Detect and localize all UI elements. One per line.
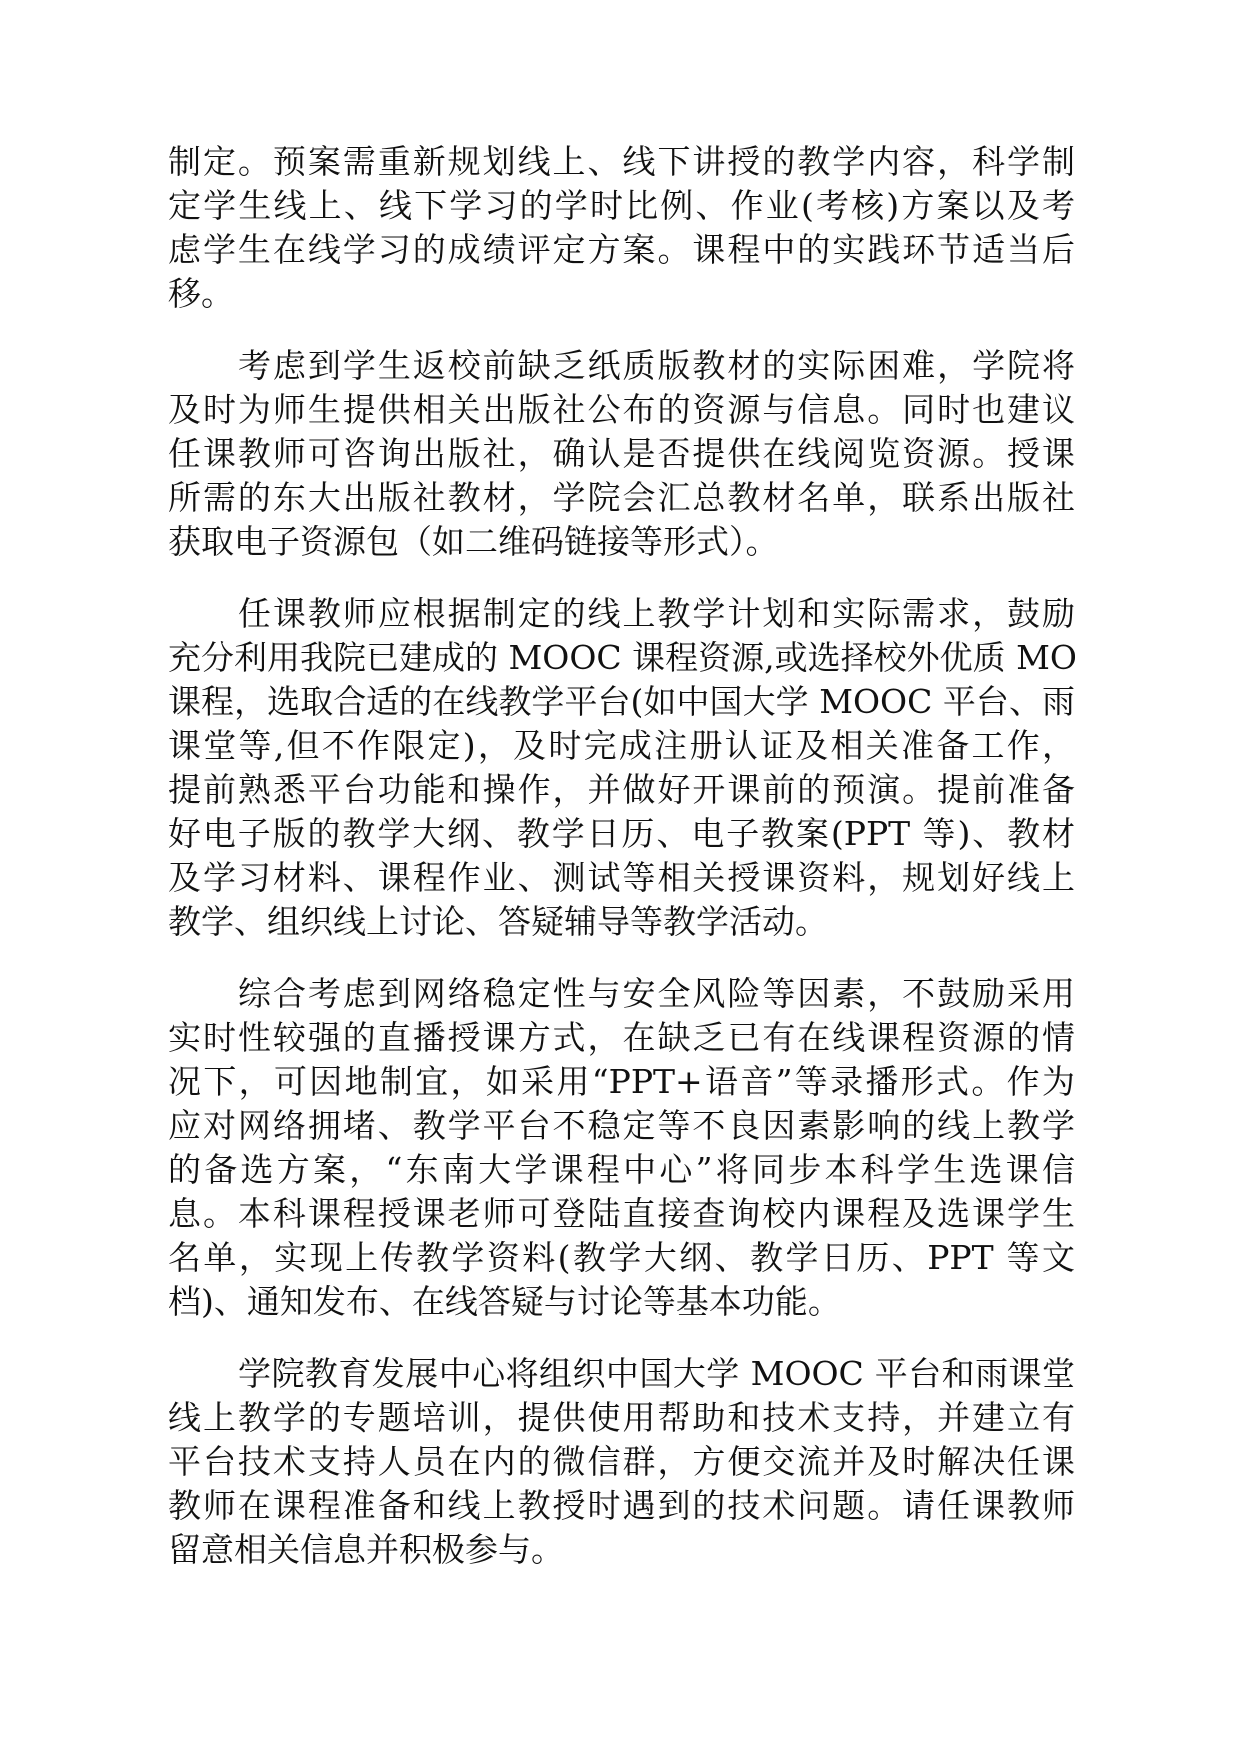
text-line: 课程，选取合适的在线教学平台(如中国大学 MOOC 平台、雨: [168, 680, 1075, 724]
paragraph: 考虑到学生返校前缺乏纸质版教材的实际困难，学院将及时为师生提供相关出版社公布的资…: [168, 344, 1075, 564]
text-line: 课堂等,但不作限定)，及时完成注册认证及相关准备工作，: [168, 724, 1075, 768]
text-line: 获取电子资源包（如二维码链接等形式）。: [168, 520, 1075, 564]
text-line: 虑学生在线学习的成绩评定方案。课程中的实践环节适当后: [168, 228, 1075, 272]
text-line: 平台技术支持人员在内的微信群，方便交流并及时解决任课: [168, 1440, 1075, 1484]
paragraph: 制定。预案需重新规划线上、线下讲授的教学内容，科学制定学生线上、线下学习的学时比…: [168, 140, 1075, 316]
paragraph: 学院教育发展中心将组织中国大学 MOOC 平台和雨课堂线上教学的专题培训，提供使…: [168, 1352, 1075, 1572]
text-line: 考虑到学生返校前缺乏纸质版教材的实际困难，学院将: [168, 344, 1075, 388]
text-line: 任课教师可咨询出版社，确认是否提供在线阅览资源。授课: [168, 432, 1075, 476]
document-page: 制定。预案需重新规划线上、线下讲授的教学内容，科学制定学生线上、线下学习的学时比…: [0, 0, 1239, 1754]
document-body: 制定。预案需重新规划线上、线下讲授的教学内容，科学制定学生线上、线下学习的学时比…: [168, 140, 1075, 1572]
text-line: 所需的东大出版社教材，学院会汇总教材名单，联系出版社: [168, 476, 1075, 520]
text-line: 综合考虑到网络稳定性与安全风险等因素，不鼓励采用: [168, 972, 1075, 1016]
text-line: 任课教师应根据制定的线上教学计划和实际需求，鼓励: [168, 592, 1075, 636]
text-line: 息。本科课程授课老师可登陆直接查询校内课程及选课学生: [168, 1192, 1075, 1236]
text-line: 教学、组织线上讨论、答疑辅导等教学活动。: [168, 900, 1075, 944]
text-line: 实时性较强的直播授课方式，在缺乏已有在线课程资源的情: [168, 1016, 1075, 1060]
paragraph: 综合考虑到网络稳定性与安全风险等因素，不鼓励采用实时性较强的直播授课方式，在缺乏…: [168, 972, 1075, 1324]
text-line: 及学习材料、课程作业、测试等相关授课资料，规划好线上: [168, 856, 1075, 900]
text-line: 留意相关信息并积极参与。: [168, 1528, 1075, 1572]
text-line: 应对网络拥堵、教学平台不稳定等不良因素影响的线上教学: [168, 1104, 1075, 1148]
text-line: 及时为师生提供相关出版社公布的资源与信息。同时也建议: [168, 388, 1075, 432]
text-line: 名单，实现上传教学资料(教学大纲、教学日历、PPT 等文: [168, 1236, 1075, 1280]
text-line: 移。: [168, 272, 1075, 316]
text-line: 档)、通知发布、在线答疑与讨论等基本功能。: [168, 1280, 1075, 1324]
text-line: 充分利用我院已建成的 MOOC 课程资源,或选择校外优质 MOOC: [168, 636, 1075, 680]
text-line: 定学生线上、线下学习的学时比例、作业(考核)方案以及考: [168, 184, 1075, 228]
text-line: 好电子版的教学大纲、教学日历、电子教案(PPT 等)、教材: [168, 812, 1075, 856]
text-line: 线上教学的专题培训，提供使用帮助和技术支持，并建立有: [168, 1396, 1075, 1440]
text-line: 的备选方案，“东南大学课程中心”将同步本科学生选课信: [168, 1148, 1075, 1192]
text-line: 学院教育发展中心将组织中国大学 MOOC 平台和雨课堂: [168, 1352, 1075, 1396]
paragraph: 任课教师应根据制定的线上教学计划和实际需求，鼓励充分利用我院已建成的 MOOC …: [168, 592, 1075, 944]
text-line: 制定。预案需重新规划线上、线下讲授的教学内容，科学制: [168, 140, 1075, 184]
text-line: 提前熟悉平台功能和操作，并做好开课前的预演。提前准备: [168, 768, 1075, 812]
text-line: 教师在课程准备和线上教授时遇到的技术问题。请任课教师: [168, 1484, 1075, 1528]
text-line: 况下，可因地制宜，如采用“PPT+语音”等录播形式。作为: [168, 1060, 1075, 1104]
